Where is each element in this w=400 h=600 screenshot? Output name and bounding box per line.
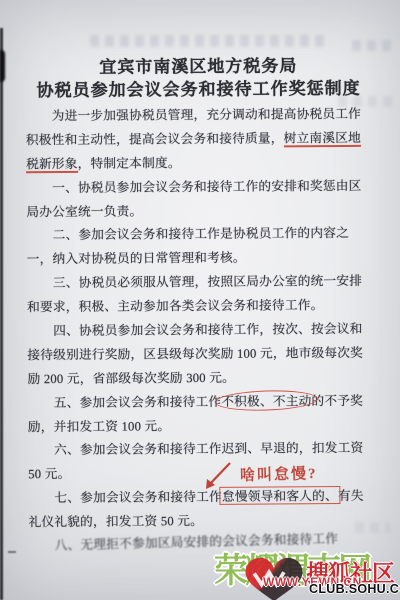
doc-text: 局办公室统一负责。 <box>26 204 142 219</box>
doc-text: 为进一步加强协税员管理，充分调动和提高协税员工作 <box>52 107 361 123</box>
red-circle-annotation: 不积极、不主动 <box>221 394 311 409</box>
title-line-1: 宜宾市南溪区地方税务局 <box>0 54 398 80</box>
document-title: 宜宾市南溪区地方税务局 协税员参加会议会务和接待工作奖惩制度 <box>0 54 399 103</box>
doc-line: 三、协税员必须服从管理，按照区局办公室的统一安排 <box>27 270 363 296</box>
doc-line: 税新形象，特制定本制度。 <box>26 151 362 177</box>
doc-line: 一，纳入对协税员的日常管理和考核。 <box>27 246 363 272</box>
doc-text: 五、参加会议会务和接待工作 <box>54 395 222 410</box>
red-box-annotation: 怠慢领导和客人的、 <box>222 489 338 504</box>
watermark-site-url: CLUB.SOHU.COM <box>309 582 400 596</box>
doc-line: 五、参加会议会务和接待工作不积极、不主动的不予奖 <box>28 390 364 416</box>
title-line-2: 协税员参加会议会务和接待工作奖惩制度 <box>0 77 399 103</box>
doc-text: 积极性和主动性，提高会议会务和接待质量， <box>26 131 284 147</box>
doc-text: 一、协税员参加会议会务和接待工作的安排和奖惩由区 <box>52 179 361 195</box>
doc-line: 二、参加会议会务和接待工作是协税员工作的内容之 <box>26 222 362 248</box>
doc-line: 四、协税员参加会议会务和接待工作，按次、按会议和 <box>27 318 363 344</box>
doc-text: 六、参加会议会务和接待工作迟到、早退的，扣发工资 <box>54 441 363 457</box>
handwritten-note: 啥叫怠慢? <box>240 462 318 485</box>
doc-text: ，特制定本制度。 <box>78 156 181 171</box>
doc-line: 一、协税员参加会议会务和接待工作的安排和奖惩由区 <box>26 175 362 201</box>
doc-text: 二、参加会议会务和接待工作是协税员工作的内容之 <box>52 226 349 242</box>
doc-line: 为进一步加强协税员管理，充分调动和提高协税员工作 <box>26 103 362 129</box>
doc-text: 接待级别进行奖励，区县级每次奖励 100 元，地市级每次奖 <box>27 346 363 362</box>
red-underline-annotation: 税新形象 <box>26 157 78 173</box>
doc-line: 励，并扣发工资 100 元。 <box>28 413 364 439</box>
doc-line: 励 200 元，省部级每次奖励 300 元。 <box>27 366 363 392</box>
document-sheet: 宜宾市南溪区地方税务局 协税员参加会议会务和接待工作奖惩制度 为进一步加强协税员… <box>0 0 400 600</box>
doc-line: 积极性和主动性，提高会议会务和接待质量，树立南溪区地 <box>26 127 362 153</box>
red-underline-annotation: 树立南溪区地 <box>284 131 361 148</box>
doc-text: 励 200 元，省部级每次奖励 300 元。 <box>27 371 234 386</box>
doc-text: 一，纳入对协税员的日常管理和考核。 <box>27 251 246 267</box>
doc-line: 和要求，积极、主动参加各类会议会务和接待工作。 <box>27 294 363 320</box>
annotation-arrow-icon <box>196 458 236 496</box>
document-photo: 宜宾市南溪区地方税务局 协税员参加会议会务和接待工作奖惩制度 为进一步加强协税员… <box>0 0 400 600</box>
doc-text: 四、协税员参加会议会务和接待工作，按次、按会议和 <box>53 322 362 338</box>
doc-text: 50 元。 <box>28 467 70 481</box>
doc-line: 接待级别进行奖励，区县级每次奖励 100 元，地市级每次奖 <box>27 342 363 368</box>
doc-text: 和要求，积极、主动参加各类会议会务和接待工作。 <box>27 298 324 314</box>
doc-text: 三、协税员必须服从管理，按照区局办公室的统一安排 <box>53 274 362 290</box>
doc-line: 局办公室统一负责。 <box>26 198 362 224</box>
doc-text: 礼仪礼貌的，扣发工资 50 元。 <box>28 514 203 529</box>
stray-pen-mark <box>8 551 16 553</box>
doc-text: 励，并扣发工资 100 元。 <box>28 419 170 434</box>
doc-text: 有失 <box>338 489 364 503</box>
doc-text: 的不予奖 <box>311 394 363 408</box>
